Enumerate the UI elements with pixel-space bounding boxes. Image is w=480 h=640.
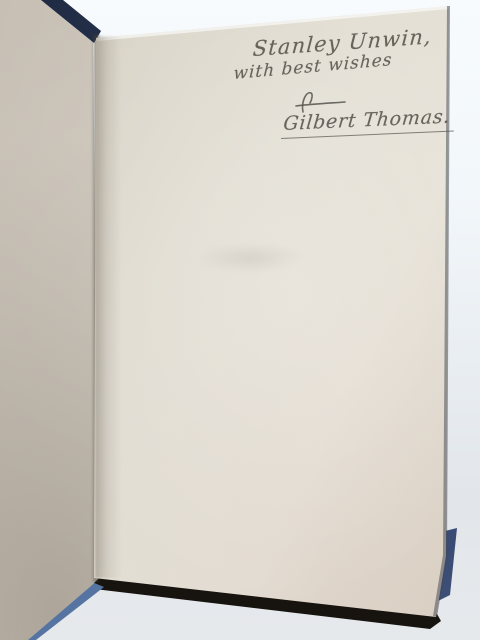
show-through-smudge [180,238,320,278]
gutter-shadow [95,36,121,578]
book-photograph: Stanley Unwin, with best wishes from Gil… [0,0,480,640]
